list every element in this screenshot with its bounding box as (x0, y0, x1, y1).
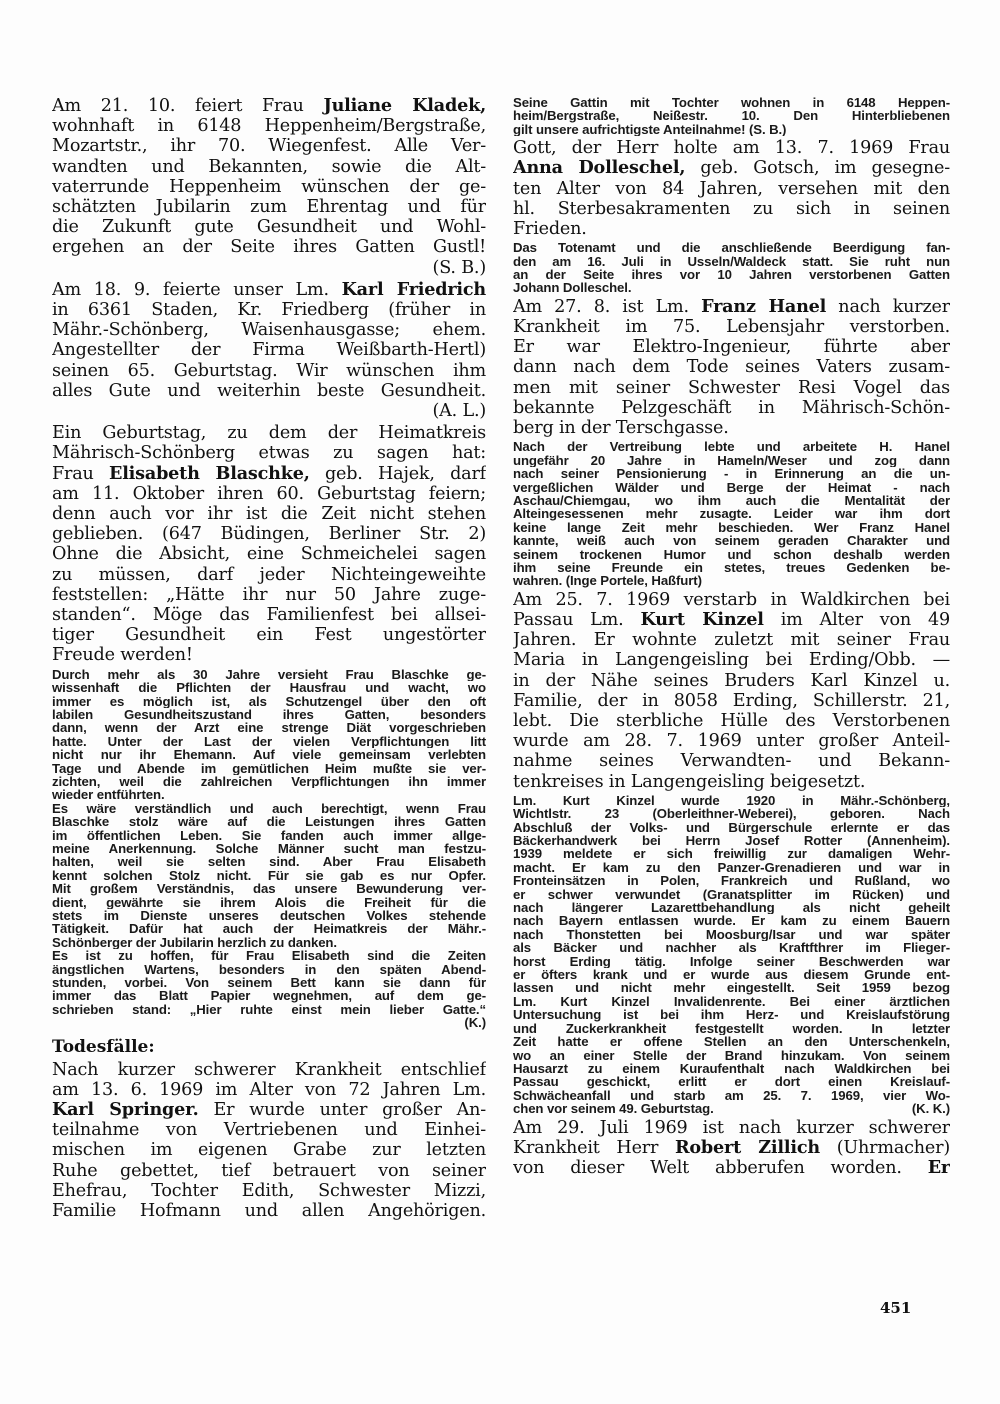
newsletter-page: Am 21. 10. feiert Frau Juliane Kladek, w… (0, 0, 1000, 1404)
text-line: Am 29. Juli 1969 ist nach kurzer schwere… (513, 1118, 950, 1138)
person-name: Juliane Kladek, (323, 96, 486, 116)
text-line: Mähr.-Schönberg, Waisenhausgasse; ehem. (52, 320, 486, 340)
text-line: macht. Er kam zu den Panzer-Grenadieren … (513, 861, 950, 874)
text-line: Bäckerhandwerk bei Herrn Josef Rotter (A… (513, 834, 950, 847)
text-line: Untersuchung ist bei ihm Herz- und Kreis… (513, 1008, 950, 1021)
text-line: wurde am 28. 7. 1969 unter großer Anteil… (513, 731, 950, 751)
person-name: Karl Friedrich (342, 280, 486, 300)
text-line: als Bäcker und nachher als Kraftfthrer i… (513, 941, 950, 954)
text-line: ergehen an der Seite ihres Gatten Gustl! (52, 237, 486, 257)
text-line: er schwer verwundet (Granatsplitter im R… (513, 888, 950, 901)
text-line: vergeßlichen Wälder und Berge der Heimat… (513, 481, 950, 494)
text-line: Mit großem Verständnis, das unsere Bewun… (52, 882, 486, 895)
text-line: kannte, weiß auch von seinem geraden Cha… (513, 534, 950, 547)
text-line: die Zukunft gute Gesundheit und Wohl- (52, 217, 486, 237)
article-kinzel-obituary: Am 25. 7. 1969 verstarb in Waldkirchen b… (513, 590, 950, 792)
text-line: Ruhe gebettet, tief betrauert von seiner (52, 1161, 486, 1181)
text-line: hatte. Unter der Last der vielen Verpfli… (52, 735, 486, 748)
text-line: dann, wenn der Arzt eine strenge Diät vo… (52, 721, 486, 734)
text-line: hl. Sterbesakramenten zu sich in seinen (513, 199, 950, 219)
text-line: ungefähr 20 Jahre in Hameln/Weser und zo… (513, 454, 950, 467)
author-signature: (S. B.) (52, 258, 486, 278)
person-name: Robert Zillich (675, 1138, 820, 1158)
text-line: wahren. (Inge Portele, Haßfurt) (513, 574, 950, 587)
text-line: Maria in Langengeisling bei Erding/Obb. … (513, 650, 950, 670)
text-line: horst Erding tätig. Infolge seiner Besch… (513, 955, 950, 968)
text-line: er öfters krank und er wurde aus diesem … (513, 968, 950, 981)
article-kladek-birthday: Am 21. 10. feiert Frau Juliane Kladek, w… (52, 96, 486, 278)
text-line: ängstlichen Wartens, besonders in den sp… (52, 963, 486, 976)
text-line: geblieben. (647 Büdingen, Berliner Str. … (52, 524, 486, 544)
text-line: Krankheit im 75. Lebensjahr verstorben. (513, 317, 950, 337)
text-line: vaterrunde Heppenheim wünschen der ge- (52, 177, 486, 197)
text-line: Johann Dolleschel. (513, 281, 950, 294)
text-line: den am 16. Juli in Usseln/Waldeck statt.… (513, 255, 950, 268)
text-line: Anna Dolleschel, geb. Gotsch, im gesegne… (513, 158, 950, 178)
text-line: in 6361 Staden, Kr. Friedberg (früher in (52, 300, 486, 320)
text-line: Es ist zu hoffen, für Frau Elisabeth sin… (52, 949, 486, 962)
text-line: Zeit hatte er offene Stellen an den Unte… (513, 1035, 950, 1048)
text-line: Freude werden! (52, 645, 486, 665)
person-name: Anna Dolleschel, (513, 158, 685, 178)
text-line: Mozartstr., ihr 70. Wiegenfest. Alle Ver… (52, 136, 486, 156)
text-line: Alteingesessenen mehr zusagte. Leider wa… (513, 507, 950, 520)
article-dolleschel-obituary: Gott, der Herr holte am 13. 7. 1969 Frau… (513, 138, 950, 239)
page-number: 451 (880, 1299, 911, 1317)
text-line: Wichtlstr. 23 (Oberleithner-Weberei), ge… (513, 807, 950, 820)
text-line: Nach kurzer schwerer Krankheit entschlie… (52, 1060, 486, 1080)
article-hanel-details: Nach der Vertreibung lebte und arbeitete… (513, 440, 950, 587)
text-line: Frau Elisabeth Blaschke, geb. Hajek, dar… (52, 464, 486, 484)
text-line: Er war Elektro-Ingenieur, führte aber (513, 337, 950, 357)
text-line: zichten, weil die zahlreichen Verpflicht… (52, 775, 486, 788)
text-line: teilnahme von Vertriebenen und Einhei- (52, 1120, 486, 1140)
text-line: wohnhaft in 6148 Heppenheim/Bergstraße, (52, 116, 486, 136)
author-signature: (K.) (52, 1016, 486, 1029)
text-line: Am 25. 7. 1969 verstarb in Waldkirchen b… (513, 590, 950, 610)
text-line: seinen 65. Geburtstag. Wir wünschen ihm (52, 361, 486, 381)
article-blaschke-details: Durch mehr als 30 Jahre versieht Frau Bl… (52, 668, 486, 1030)
text-line: Schwächeanfall und starb am 25. 7. 1969,… (513, 1089, 950, 1102)
text-line: nach Thonstetten bei Moosburg/Isar und w… (513, 928, 950, 941)
text-line: ten Alter von 84 Jahren, versehen mit de… (513, 179, 950, 199)
text-line: denn auch vor ihr ist die Zeit nicht ste… (52, 504, 486, 524)
article-kinzel-details: Lm. Kurt Kinzel wurde 1920 in Mähr.-Schö… (513, 794, 950, 1116)
text-line: standen“. Möge das Familienfest bei alls… (52, 605, 486, 625)
article-friedrich-birthday: Am 18. 9. feierte unser Lm. Karl Friedri… (52, 280, 486, 421)
text-line: Jahren. Er wohnte zuletzt mit seiner Fra… (513, 630, 950, 650)
text-line: Ohne die Absicht, eine Schmeichelei sage… (52, 544, 486, 564)
text-line: bekannte Pelzgeschäft in Mährisch-Schön- (513, 398, 950, 418)
person-name: Kurt Kinzel (641, 610, 764, 630)
text-line: Tätigkeit. Dafür hat auch der Heimatkrei… (52, 922, 486, 935)
article-springer-obituary: Nach kurzer schwerer Krankheit entschlie… (52, 1060, 486, 1222)
text-line: alles Gute und weiterhin beste Gesundhei… (52, 381, 486, 401)
text-line: nach seiner Pensionierung - in Erinnerun… (513, 467, 950, 480)
text-line: stets im Dienste unseres deutschen Volke… (52, 909, 486, 922)
text-line: mischen im eigenen Grabe zur letzten (52, 1140, 486, 1160)
text-line: tiger Gesundheit ein Fest ungestörter (52, 625, 486, 645)
right-column: Seine Gattin mit Tochter wohnen in 6148 … (513, 96, 950, 1180)
text-line: Aschau/Chiemgau, wo ihm auch die Mentali… (513, 494, 950, 507)
text-line: keine lange Zeit mehr beschieden. Wer Fr… (513, 521, 950, 534)
text-line: men mit seiner Schwester Resi Vogel das (513, 378, 950, 398)
article-blaschke-birthday: Ein Geburtstag, zu dem der Heimatkreis M… (52, 423, 486, 665)
text-line: Nach der Vertreibung lebte und arbeitete… (513, 440, 950, 453)
text-line: lebt. Die sterbliche Hülle des Verstorbe… (513, 711, 950, 731)
text-line: immer es möglich ist, als Schutzengel üb… (52, 695, 486, 708)
text-line: Lm. Kurt Kinzel wurde 1920 in Mähr.-Schö… (513, 794, 950, 807)
left-column: Am 21. 10. feiert Frau Juliane Kladek, w… (52, 96, 486, 1223)
text-line: berg in der Terschgasse. (513, 418, 950, 438)
person-name: Elisabeth Blaschke, (109, 464, 310, 484)
text-line: heim/Bergstraße, Neißestr. 10. Den Hinte… (513, 109, 950, 122)
text-line: schrieben stand: „Hier ruhte einst mein … (52, 1003, 486, 1016)
text-line: Passau Lm. Kurt Kinzel im Alter von 49 (513, 610, 950, 630)
text-line: von dieser Welt abberufen worden. Er (513, 1158, 950, 1178)
text-line: nach Bayern entlassen wurde. Er kam zu e… (513, 914, 950, 927)
text-line: Abschluß der Volks- und Bürgerschule erl… (513, 821, 950, 834)
text-line: gilt unsere aufrichtigste Anteilnahme! (… (513, 123, 950, 136)
text-line: stunden, vorbei. Von seinem Bett kann si… (52, 976, 486, 989)
text-line: Angestellter der Firma Weißbarth-Hertl) (52, 340, 486, 360)
text-line: immer das Blatt Papier wegnehmen, auf de… (52, 989, 486, 1002)
person-name: Karl Springer. (52, 1100, 199, 1120)
text-line: Hausarzt zu einem Kuraufenthalt nach Wal… (513, 1062, 950, 1075)
text-line: Schönberger der Jubilarin herzlich zu da… (52, 936, 486, 949)
text-line: an der Seite ihres vor 10 Jahren verstor… (513, 268, 950, 281)
text-line: Lm. Kurt Kinzel Invalidenrente. Bei eine… (513, 995, 950, 1008)
text-line: wissenhaft die Pflichten der Hausfrau un… (52, 681, 486, 694)
text-line: am 13. 6. 1969 im Alter von 72 Jahren Lm… (52, 1080, 486, 1100)
text-line: Krankheit Herr Robert Zillich (Uhrmacher… (513, 1138, 950, 1158)
text-line: Am 21. 10. feiert Frau Juliane Kladek, (52, 96, 486, 116)
text-line: wieder entführten. (52, 788, 486, 801)
text-line: nicht nur ihr Ehemann. Auf viele gemeins… (52, 748, 486, 761)
text-line: Es wäre verständlich und auch berechtigt… (52, 802, 486, 815)
text-line: Frieden. (513, 219, 950, 239)
text-line: 1939 meldete er sich freiwillig zur dama… (513, 847, 950, 860)
text-line: meine Anerkennung. Solche Männer sucht m… (52, 842, 486, 855)
person-name: Franz Hanel (701, 297, 826, 317)
author-signature: (A. L.) (52, 401, 486, 421)
text-line: dann nach dem Tode seines Vaters zusam- (513, 357, 950, 377)
text-line: in der Nähe seines Bruders Karl Kinzel u… (513, 671, 950, 691)
text-line: Ein Geburtstag, zu dem der Heimatkreis (52, 423, 486, 443)
text-line: seinem trockenen Humor und schon deshalb… (513, 548, 950, 561)
text-line: wo an einer Stelle der Brand hinzukam. V… (513, 1049, 950, 1062)
article-hanel-obituary: Am 27. 8. ist Lm. Franz Hanel nach kurze… (513, 297, 950, 438)
text-line: Am 27. 8. ist Lm. Franz Hanel nach kurze… (513, 297, 950, 317)
text-line: chen vor seinem 49. Geburtstag.(K. K.) (513, 1102, 950, 1115)
text-line: Tage und Abende im gemütlichen Heim mußt… (52, 762, 486, 775)
text-line: Karl Springer. Er wurde unter großer An- (52, 1100, 486, 1120)
text-line: Mährisch-Schönberg etwas zu sagen hat: (52, 443, 486, 463)
section-heading-deaths: Todesfälle: (52, 1034, 486, 1060)
text-line: im öffentlichen Leben. Sie fanden auch i… (52, 829, 486, 842)
text-line: Am 18. 9. feierte unser Lm. Karl Friedri… (52, 280, 486, 300)
article-dolleschel-details: Das Totenamt und die anschließende Beerd… (513, 241, 950, 295)
text-line: feststellen: „Hätte ihr nur 50 Jahre zug… (52, 585, 486, 605)
text-line: Gott, der Herr holte am 13. 7. 1969 Frau (513, 138, 950, 158)
text-line: lassen und nicht mehr eingestellt. Seit … (513, 981, 950, 994)
text-line: und Zuckerkrankheit festgestellt worden.… (513, 1022, 950, 1035)
text-line: Familie Hofmann und allen Angehörigen. (52, 1201, 486, 1221)
text-line: zu müssen, darf jeder Nichteingeweihte (52, 565, 486, 585)
text-line: Passau geschickt, erlitt er dort einen K… (513, 1075, 950, 1088)
text-line: Das Totenamt und die anschließende Beerd… (513, 241, 950, 254)
text-line: kennt solchen Stolz nicht. Für sie gab e… (52, 869, 486, 882)
text-line: am 11. Oktober ihren 60. Geburtstag feie… (52, 484, 486, 504)
text-line: Durch mehr als 30 Jahre versieht Frau Bl… (52, 668, 486, 681)
text-line: tenkreises in Langengeisling beigesetzt. (513, 772, 950, 792)
text-line: ihm seine Freunde ein stetes, treues Ged… (513, 561, 950, 574)
text-line: schätzten Jubilarin zum Ehrentag und für (52, 197, 486, 217)
text-line: labilen Gesundheitszustand ihres Gatten,… (52, 708, 486, 721)
author-signature: (K. K.) (912, 1102, 950, 1115)
text-line: Seine Gattin mit Tochter wohnen in 6148 … (513, 96, 950, 109)
text-line: Ehefrau, Tochter Edith, Schwester Mizzi, (52, 1181, 486, 1201)
text-line: halten, weil sie selten sind. Aber Frau … (52, 855, 486, 868)
article-zillich-obituary: Am 29. Juli 1969 ist nach kurzer schwere… (513, 1118, 950, 1179)
text-line: wandten und Bekannten, sowie die Alt- (52, 157, 486, 177)
text-line: dient, gewährte sie ihrem Alois die Frei… (52, 896, 486, 909)
text-line: Fronteinsätzen in Polen, Frankreich und … (513, 874, 950, 887)
text-line: Familie, der in 8058 Erding, Schillerstr… (513, 691, 950, 711)
article-springer-continued: Seine Gattin mit Tochter wohnen in 6148 … (513, 96, 950, 136)
text-line: nahme seines Verwandten- und Bekann- (513, 751, 950, 771)
text-line: nach längerer Lazarettbehandlung als nic… (513, 901, 950, 914)
text-line: Blaschke stolz wäre auf die Leistungen i… (52, 815, 486, 828)
